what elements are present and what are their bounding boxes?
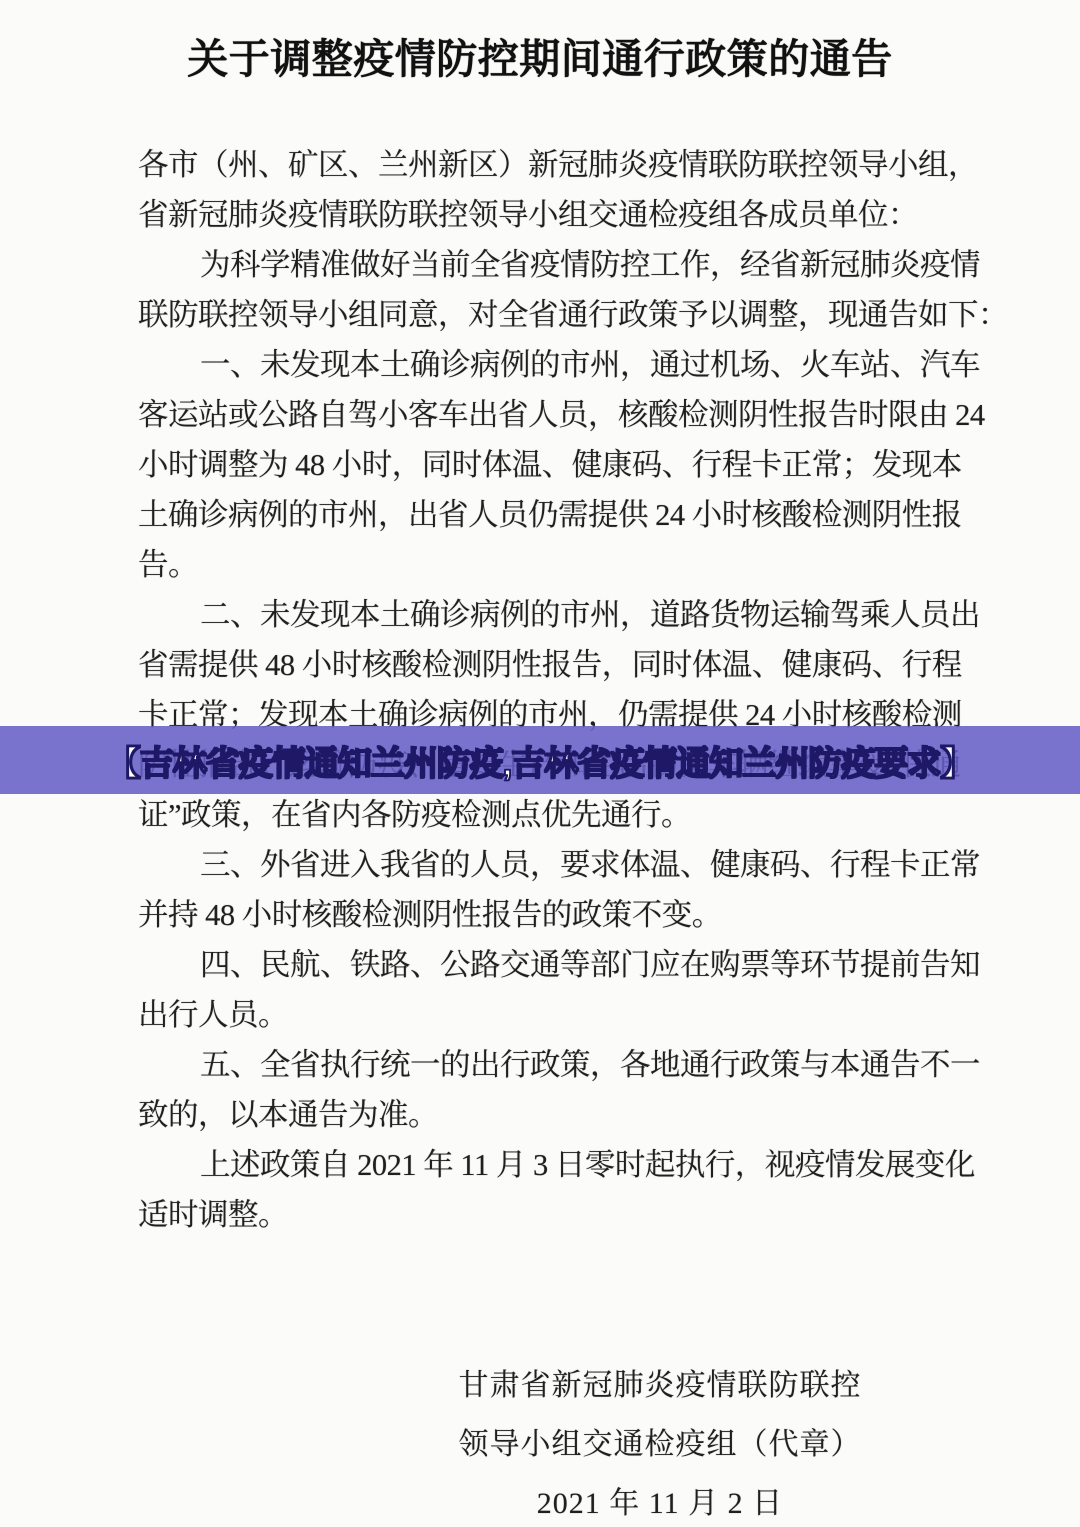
notice-line: 致的，以本通告为准。 — [138, 1090, 952, 1140]
notice-line: 出行人员。 — [138, 990, 952, 1040]
notice-line: 小时调整为 48 小时，同时体温、健康码、行程卡正常；发现本 — [138, 440, 952, 490]
notice-line: 上述政策自 2021 年 11 月 3 日零时起执行，视疫情发展变化 — [138, 1140, 952, 1190]
notice-line: 并持 48 小时核酸检测阴性报告的政策不变。 — [138, 890, 952, 940]
notice-line: 省需提供 48 小时核酸检测阴性报告，同时体温、健康码、行程 — [138, 640, 952, 690]
notice-line: 土确诊病例的市州，出省人员仍需提供 24 小时核酸检测阴性报 — [138, 490, 952, 540]
notice-line: 适时调整。 — [138, 1190, 952, 1240]
signature-org-line-1: 甘肃省新冠肺炎疫情联防联控 — [390, 1356, 930, 1415]
scanned-notice-page: 关于调整疫情防控期间通行政策的通告 各市（州、矿区、兰州新区）新冠肺炎疫情联防联… — [0, 0, 1080, 1527]
signature-org-line-2: 领导小组交通检疫组（代章） — [390, 1415, 930, 1474]
notice-line: 告。 — [138, 540, 952, 590]
notice-line: 三、外省进入我省的人员，要求体温、健康码、行程卡正常 — [138, 840, 952, 890]
spam-banner-link[interactable]: 【吉林省疫情通知兰州防疫,吉林省疫情通知兰州防疫要求】 — [107, 736, 973, 785]
notice-line: 为科学精准做好当前全省疫情防控工作，经省新冠肺炎疫情 — [138, 240, 952, 290]
notice-line: 四、民航、铁路、公路交通等部门应在购票等环节提前告知 — [138, 940, 952, 990]
notice-body: 各市（州、矿区、兰州新区）新冠肺炎疫情联防联控领导小组， 省新冠肺炎疫情联防联控… — [138, 140, 952, 1240]
notice-line: 各市（州、矿区、兰州新区）新冠肺炎疫情联防联控领导小组， — [138, 140, 952, 190]
spam-overlay-banner: 【吉林省疫情通知兰州防疫,吉林省疫情通知兰州防疫要求】 — [0, 726, 1080, 794]
notice-line: 省新冠肺炎疫情联防联控领导小组交通检疫组各成员单位： — [138, 190, 952, 240]
notice-line: 联防联控领导小组同意，对全省通行政策予以调整，现通告如下： — [138, 290, 952, 340]
notice-line: 五、全省执行统一的出行政策，各地通行政策与本通告不一 — [138, 1040, 952, 1090]
notice-line: 二、未发现本土确诊病例的市州，道路货物运输驾乘人员出 — [138, 590, 952, 640]
notice-line: 客运站或公路自驾小客车出省人员，核酸检测阴性报告时限由 24 — [138, 390, 952, 440]
signature-block: 甘肃省新冠肺炎疫情联防联控 领导小组交通检疫组（代章） 2021 年 11 月 … — [390, 1356, 930, 1527]
notice-line: 一、未发现本土确诊病例的市州，通过机场、火车站、汽车 — [138, 340, 952, 390]
notice-line: 证”政策，在省内各防疫检测点优先通行。 — [138, 790, 952, 840]
notice-title: 关于调整疫情防控期间通行政策的通告 — [0, 26, 1080, 85]
signature-date: 2021 年 11 月 2 日 — [390, 1474, 930, 1527]
